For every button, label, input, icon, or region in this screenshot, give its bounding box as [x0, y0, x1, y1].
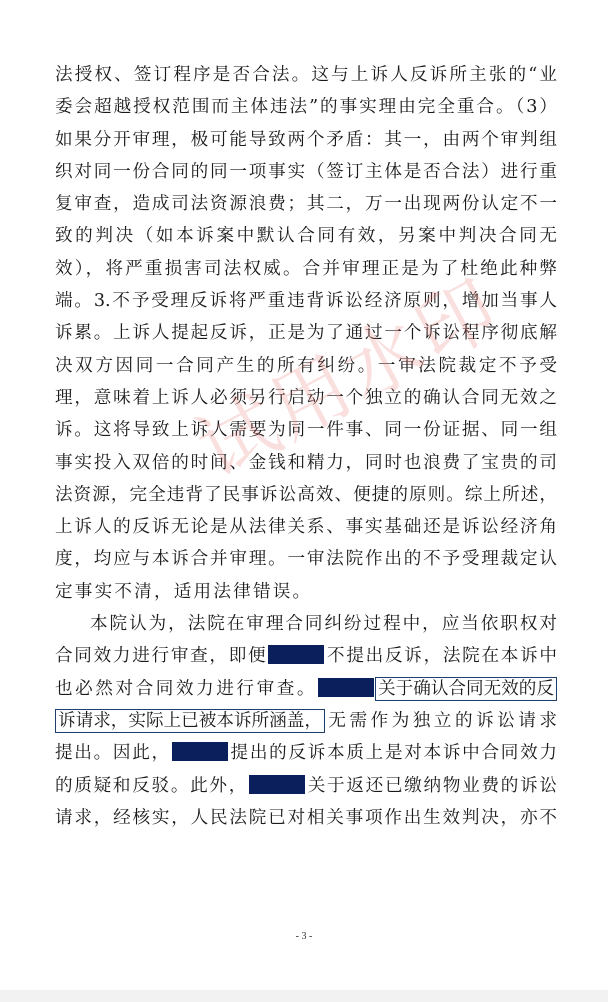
text-line: 提出。因此，提出的反诉本质上是对本诉中合同效力 — [55, 737, 557, 769]
text-segment: 提出的反诉本质上是对本诉中合同效力 — [229, 743, 557, 763]
text-line: 也必然对合同效力进行审查。关于确认合同无效的反 — [55, 673, 557, 705]
text-line: 的质疑和反驳。此外，关于返还已缴纳物业费的诉讼 — [55, 770, 557, 802]
highlight-box[interactable]: 诉请求，实际上已被本诉所涵盖， — [55, 709, 325, 733]
text-line: 定事实不清，适用法律错误。 — [55, 576, 557, 608]
document-page: 法授权、签订程序是否合法。这与上诉人反诉所主张的“业 委会超越授权范围而主体违法… — [0, 0, 608, 990]
text-segment: 提出。因此， — [55, 743, 171, 763]
text-segment: 也必然对合同效力进行审查。 — [55, 679, 317, 699]
text-line: 法资源，完全违背了民事诉讼高效、便捷的原则。综上所述， — [55, 479, 557, 511]
text-segment: 的质疑和反驳。此外， — [55, 776, 248, 796]
text-line: 上诉人的反诉无论是从法律关系、事实基础还是诉讼经济角 — [55, 511, 557, 543]
redaction-block — [249, 775, 305, 794]
text-segment: 无需作为独立的诉讼请求 — [325, 711, 557, 731]
text-line: 请求，经核实，人民法院已对相关事项作出生效判决，亦不 — [55, 802, 557, 834]
text-line: 理，意味着上诉人必须另行启动一个独立的确认合同无效之 — [55, 382, 557, 414]
highlight-box[interactable]: 关于确认合同无效的反 — [375, 677, 557, 701]
paragraph-court-opinion-line: 本院认为，法院在审理合同纠纷过程中，应当依职权对 — [55, 608, 557, 640]
text-segment: 关于返还已缴纳物业费的诉讼 — [306, 776, 557, 796]
redaction-block — [172, 742, 228, 761]
document-body: 法授权、签订程序是否合法。这与上诉人反诉所主张的“业 委会超越授权范围而主体违法… — [55, 59, 557, 834]
text-line: 织对同一份合同的同一项事实（签订主体是否合法）进行重 — [55, 156, 557, 188]
text-line: 诉累。上诉人提起反诉，正是为了通过一个诉讼程序彻底解 — [55, 317, 557, 349]
text-line: 诉请求，实际上已被本诉所涵盖，无需作为独立的诉讼请求 — [55, 705, 557, 737]
text-line: 法授权、签订程序是否合法。这与上诉人反诉所主张的“业 — [55, 59, 557, 91]
text-line: 复审查，造成司法资源浪费；其二，万一出现两份认定不一 — [55, 188, 557, 220]
text-line: 诉。这将导致上诉人需要为同一件事、同一份证据、同一组 — [55, 414, 557, 446]
redaction-block — [268, 645, 324, 664]
text-line: 委会超越授权范围而主体违法”的事实理由完全重合。（3） — [55, 91, 557, 123]
text-line: 度，均应与本诉合并审理。一审法院作出的不予受理裁定认 — [55, 543, 557, 575]
text-line: 决双方因同一合同产生的所有纠纷。一审法院裁定不予受 — [55, 350, 557, 382]
text-line: 合同效力进行审查，即便不提出反诉，法院在本诉中 — [55, 640, 557, 672]
text-line: 致的判决（如本诉案中默认合同有效，另案中判决合同无 — [55, 220, 557, 252]
text-line: 如果分开审理，极可能导致两个矛盾：其一，由两个审判组 — [55, 124, 557, 156]
text-segment: 不提出反诉，法院在本诉中 — [325, 646, 557, 666]
text-line: 效），将严重损害司法权威。合并审理正是为了杜绝此种弊 — [55, 253, 557, 285]
redaction-block — [318, 678, 374, 697]
text-line: 事实投入双倍的时间、金钱和精力，同时也浪费了宝贵的司 — [55, 447, 557, 479]
page-number: - 3 - — [0, 931, 608, 942]
page-bottom-edge — [0, 990, 608, 1002]
text-segment: 合同效力进行审查，即便 — [55, 646, 267, 666]
text-line: 端。3.不予受理反诉将严重违背诉讼经济原则，增加当事人 — [55, 285, 557, 317]
